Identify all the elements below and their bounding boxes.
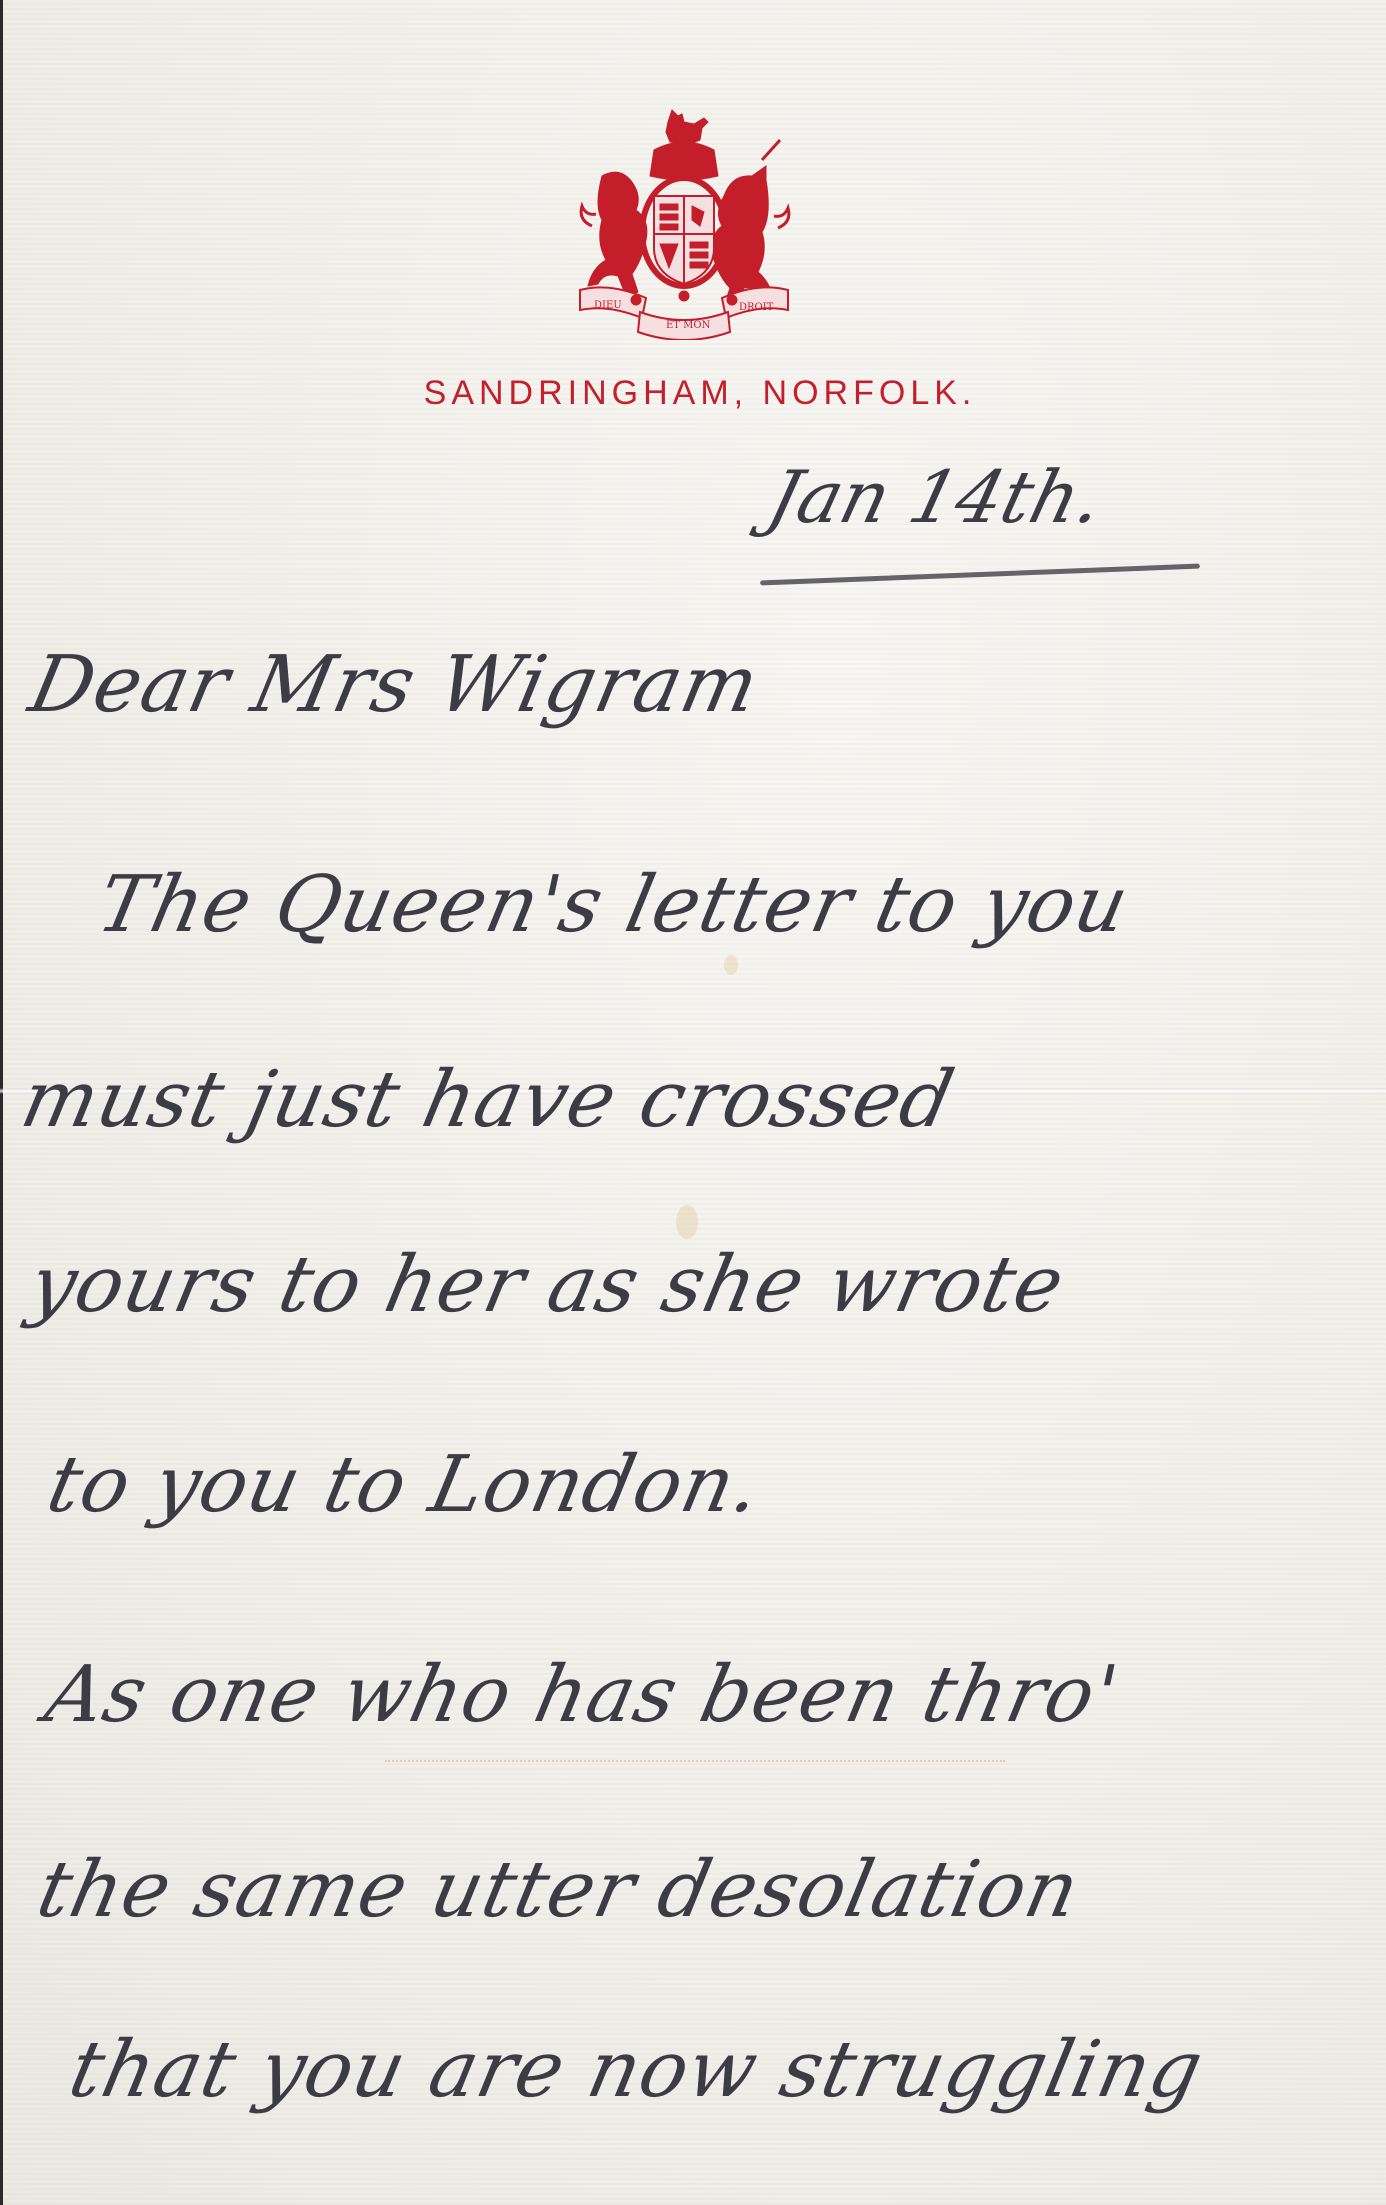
letter-line: must just have crossed: [14, 1055, 962, 1145]
foxing-stain: [676, 1205, 698, 1239]
svg-text:ET MON: ET MON: [666, 320, 711, 331]
letter-line: The Queen's letter to you: [90, 860, 1137, 950]
svg-text:DIEU: DIEU: [594, 300, 622, 311]
royal-coat-of-arms-icon: DIEU DROIT ET MON: [574, 108, 794, 340]
offset-ink-trace: [385, 1760, 1005, 1822]
letter-date: Jan 14th.: [760, 455, 1112, 539]
letter-line: that you are now struggling: [62, 2025, 1211, 2115]
letter-line: As one who has been thro': [38, 1650, 1126, 1740]
salutation: Dear Mrs Wigram: [22, 640, 767, 730]
letter-line: yours to her as she wrote: [22, 1240, 1072, 1330]
svg-text:DROIT: DROIT: [739, 302, 774, 313]
letter-line: to you to London.: [40, 1440, 769, 1530]
letter-line: the same utter desolation: [30, 1845, 1087, 1935]
letterhead-address: SANDRINGHAM, NORFOLK.: [370, 374, 1030, 413]
scan-edge: [0, 0, 3, 2205]
foxing-stain: [724, 955, 738, 975]
